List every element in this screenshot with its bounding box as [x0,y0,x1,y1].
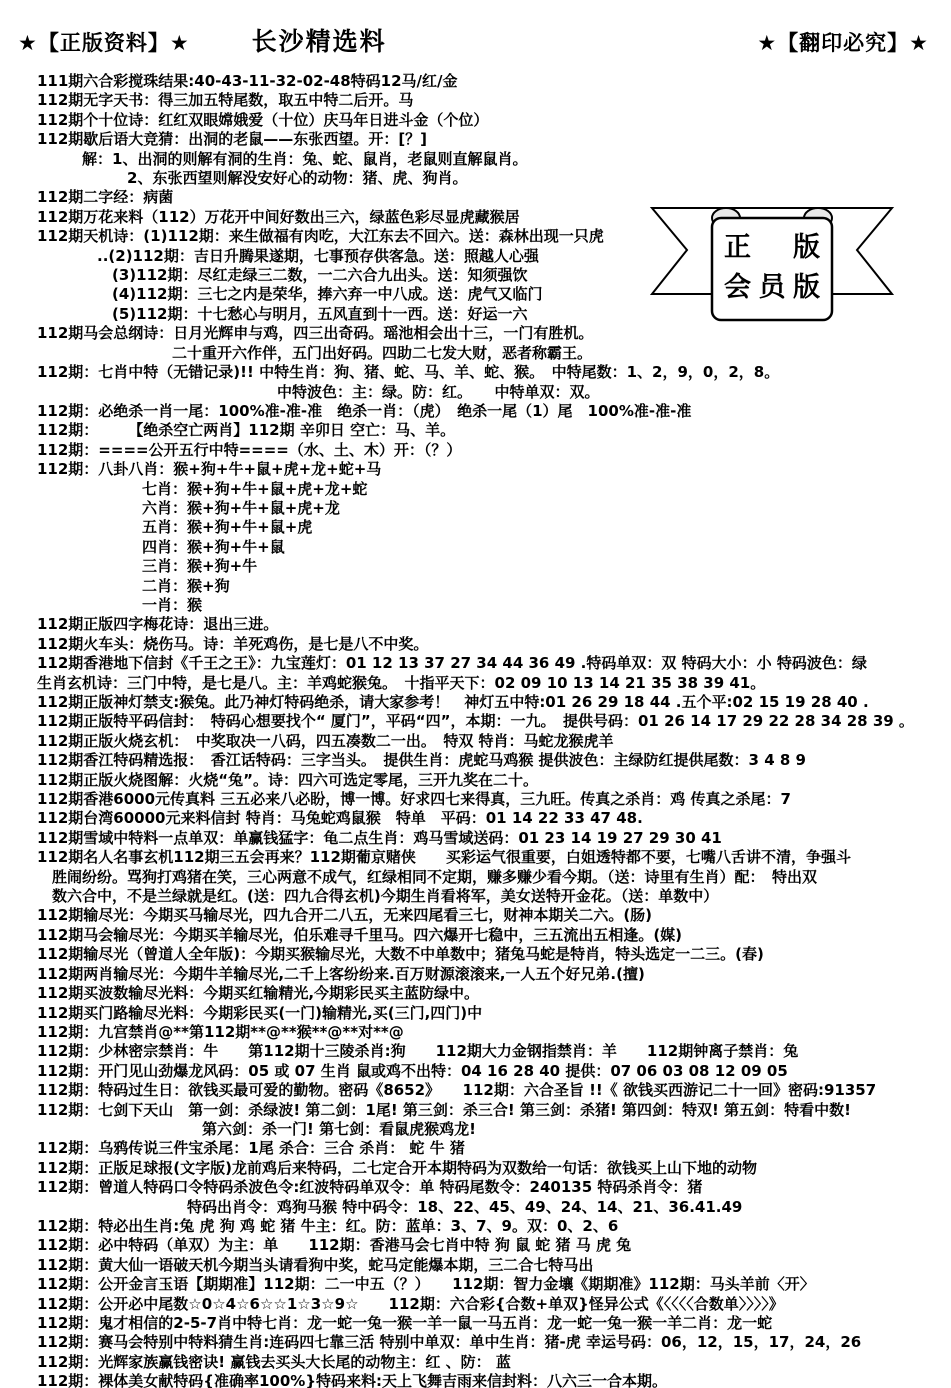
ribbon-line2: 会员版 [724,268,820,308]
doc-line: 112期个十位诗：红红双眼嫦娥爱（十位）庆马年日进斗金（个位） [37,111,945,130]
doc-line: 112期香港6000元传真料 三五必来八必盼，博一博。好求四七来得真，三九旺。传… [37,790,945,809]
doc-line: 112期：赛马会特别中特料猜生肖:连码四七靠三活 特别中单双：单中生肖：猪-虎 … [37,1333,945,1352]
doc-line: 112期香港地下信封《千王之王》：九宝莲灯：01 12 13 37 27 34 … [37,654,945,673]
doc-line: 解：1、出洞的则解有洞的生肖：兔、蛇、鼠肖，老鼠则直解鼠肖。 [37,150,945,169]
page-title: 长沙精选料 [252,22,387,58]
doc-line: 112期：====公开五行中特====（水、土、木）开：（？） [37,441,945,460]
tip-sheet-page: ★【正版资料】★ 长沙精选料 ★【翻印必究】★ 正版 会员版 111期六合彩搅珠… [0,0,951,1388]
doc-line: 112期：必绝杀一肖一尾：100%准-准-准 绝杀一肖：（虎） 绝杀一尾（1）尾… [37,402,945,421]
doc-line: 112期火车头：烧伤马。诗：羊死鸡伤，是七是八不中奖。 [37,635,945,654]
header-left-stamp: ★【正版资料】★ [18,27,190,57]
doc-line: 数六合中，不是兰绿就是红。(送：四九合得玄机)今期生肖看将军，美女送特开金花。（… [37,887,945,906]
doc-line: 112期：特码过生日：欲钱买最可爱的勤物。密码《8652》 112期：六合圣旨 … [37,1081,945,1100]
doc-line: 112期：九宫禁肖@**第112期**@**猴**@**对**@ [37,1023,945,1042]
doc-line: 112期名人名事玄机112期三五会再来？112期葡京赌侠 买彩运气很重要，白姐透… [37,848,945,867]
doc-line: 112期：光辉家族赢钱密诀! 赢钱去买头大长尾的动物主：红 、防： 蓝 [37,1353,945,1372]
doc-line: 112期歇后语大竞猜：出洞的老鼠——东张西望。开：[？] [37,130,945,149]
doc-line: 112期：曾道人特码口令特码杀波色令:红波特码单双令：单 特码尾数令：24013… [37,1178,945,1197]
doc-line: 特码出肖令：鸡狗马猴 特中码令：18、22、45、49、24、14、21、36.… [37,1198,945,1217]
doc-line: 112期：必中特码（单双）为主：单 112期：香港马会七肖中特 狗 鼠 蛇 猪 … [37,1236,945,1255]
doc-line: 112期：乌鸦传说三件宝杀尾：1尾 杀合：三合 杀肖： 蛇 牛 猪 [37,1139,945,1158]
doc-line: 二肖：猴+狗 [37,577,945,596]
doc-line: 112期：公开金言玉语【期期准】112期：二一中五（？） 112期：智力金壤《期… [37,1275,945,1294]
doc-line: 第六剑：杀一门! 第七剑：看鼠虎猴鸡龙! [37,1120,945,1139]
doc-line: 112期：七肖中特（无错记录)!! 中特生肖：狗、猪、蛇、马、羊、蛇、猴。 中特… [37,363,945,382]
doc-line: 二十重开六作伴，五门出好码。四助二七发大财，恶者称霸王。 [37,344,945,363]
doc-line: 112期：鬼才相信的2-5-7肖中特七肖：龙一蛇一兔一猴一羊一鼠一马五肖：龙一蛇… [37,1314,945,1333]
doc-line: 四肖：猴+狗+牛+鼠 [37,538,945,557]
doc-line: 112期： 【绝杀空亡两肖】112期 辛卯日 空亡：马、羊。 [37,421,945,440]
doc-line: 112期：开门见山劲爆龙风码：05 或 07 生肖 鼠或鸡不出特：04 16 2… [37,1062,945,1081]
doc-line: 112期：少林密宗禁肖：牛 第112期十三陵杀肖:狗 112期大力金钢指禁肖：羊… [37,1042,945,1061]
doc-line: 112期：七剑下天山 第一剑：杀绿波! 第二剑：1尾! 第三剑：杀三合! 第三剑… [37,1101,945,1120]
doc-line: 2、东张西望则解没安好心的动物：猪、虎、狗肖。 [37,169,945,188]
doc-line: 七肖：猴+狗+牛+鼠+虎+龙+蛇 [37,480,945,499]
doc-line: 112期正版四字梅花诗：退出三进。 [37,615,945,634]
header-right-stamp: ★【翻印必究】★ [757,27,933,57]
doc-line: 112期：裸体美女献特码{准确率100%}特码来料:天上飞舞吉雨来信封料：八六三… [37,1372,945,1388]
doc-line: 112期：黄大仙一语破天机今期当头请看狗中奖，蛇马定能爆本期，三二合七特马出 [37,1256,945,1275]
doc-line: 112期正版神灯禁支:猴兔。此乃神灯特码绝杀，请大家参考！ 神灯五中特:01 2… [37,693,945,712]
doc-line: 一肖：猴 [37,596,945,615]
doc-line: 112期雪域中特料一点单双：单赢钱猛字：龟二点生肖：鸡马雪域送码：01 23 1… [37,829,945,848]
doc-line: 中特波色：主：绿。防：红。 中特单双：双。 [37,383,945,402]
doc-line: 胜闹纷纷。骂狗打鸡猪在笑，三心两意不成气，红绿相同不定期，赚多赚少看今期。（送：… [37,868,945,887]
doc-line: 112期输尽光（曾道人全年版)：今期买猴输尽光，大数不中单数中；猪兔马蛇是特肖，… [37,945,945,964]
doc-line: 112期正版火烧图解：火烧“兔”。诗：四六可选定零尾，三开九奖在二十。 [37,771,945,790]
doc-line: 112期：正版足球报(文字版)龙前鸡后来特码，二七定合开本期特码为双数给一句话：… [37,1159,945,1178]
ribbon-text: 正版 会员版 [724,228,820,308]
doc-line: 六肖：猴+狗+牛+鼠+虎+龙 [37,499,945,518]
doc-line: 112期马会总纲诗：日月光辉申与鸡，四三出奇码。瑶池相会出十三，一门有胜机。 [37,324,945,343]
doc-line: 112期：八卦八肖：猴+狗+牛+鼠+虎+龙+蛇+马 [37,460,945,479]
ribbon-line1: 正版 [724,228,820,268]
authenticity-ribbon: 正版 会员版 [646,192,898,326]
doc-line: 112期马会输尽光：今期买羊输尽光，伯乐难寻千里马。四六爆开七稳中，三五流出五相… [37,926,945,945]
doc-line: 112期买门路输尽光料：今期彩民买(一门)输精光,买(三门,四门)中 [37,1004,945,1023]
doc-line: 三肖：猴+狗+牛 [37,557,945,576]
doc-line: 112期买波数输尽光料：今期买红输精光,今期彩民买主蓝防绿中。 [37,984,945,1003]
doc-line: 五肖：猴+狗+牛+鼠+虎 [37,518,945,537]
doc-line: 111期六合彩搅珠结果:40-43-11-32-02-48特码12马/红/金 [37,72,945,91]
doc-line: 112期：特必出生肖:兔 虎 狗 鸡 蛇 猪 牛主：红。防：蓝单：3、7、9。双… [37,1217,945,1236]
page-header: ★【正版资料】★ 长沙精选料 ★【翻印必究】★ [0,0,951,58]
doc-line: 112期无字天书：得三加五特尾数，取五中特二后开。马 [37,91,945,110]
doc-line: 112期台湾60000元来料信封 特肖：马兔蛇鸡鼠猴 特单 平码：01 14 2… [37,809,945,828]
doc-line: 112期正版特平码信封： 特码心想要找个“ 厦门”，平码“四”，本期：一九。 提… [37,712,945,731]
doc-line: 生肖玄机诗：三门中特，是七是八。主：羊鸡蛇猴兔。 十指平天下：02 09 10 … [37,674,945,693]
doc-line: 112期正版火烧玄机： 中奖取决一八码，四五凑数二一出。 特双 特肖：马蛇龙猴虎… [37,732,945,751]
doc-line: 112期两肖输尽光：今期牛羊输尽光,二千上客纷纷来.百万财源滚滚来,一人五个好兄… [37,965,945,984]
doc-line: 112期香江特码精选报： 香江话特码：三字当头。 提供生肖：虎蛇马鸡猴 提供波色… [37,751,945,770]
doc-line: 112期：公开必中尾数☆0☆4☆6☆☆1☆3☆9☆ 112期：六合彩{合数+单双… [37,1295,945,1314]
doc-line: 112期输尽光：今期买马输尽光，四九合开二八五，无来四尾看三七，财神本期关二六。… [37,906,945,925]
